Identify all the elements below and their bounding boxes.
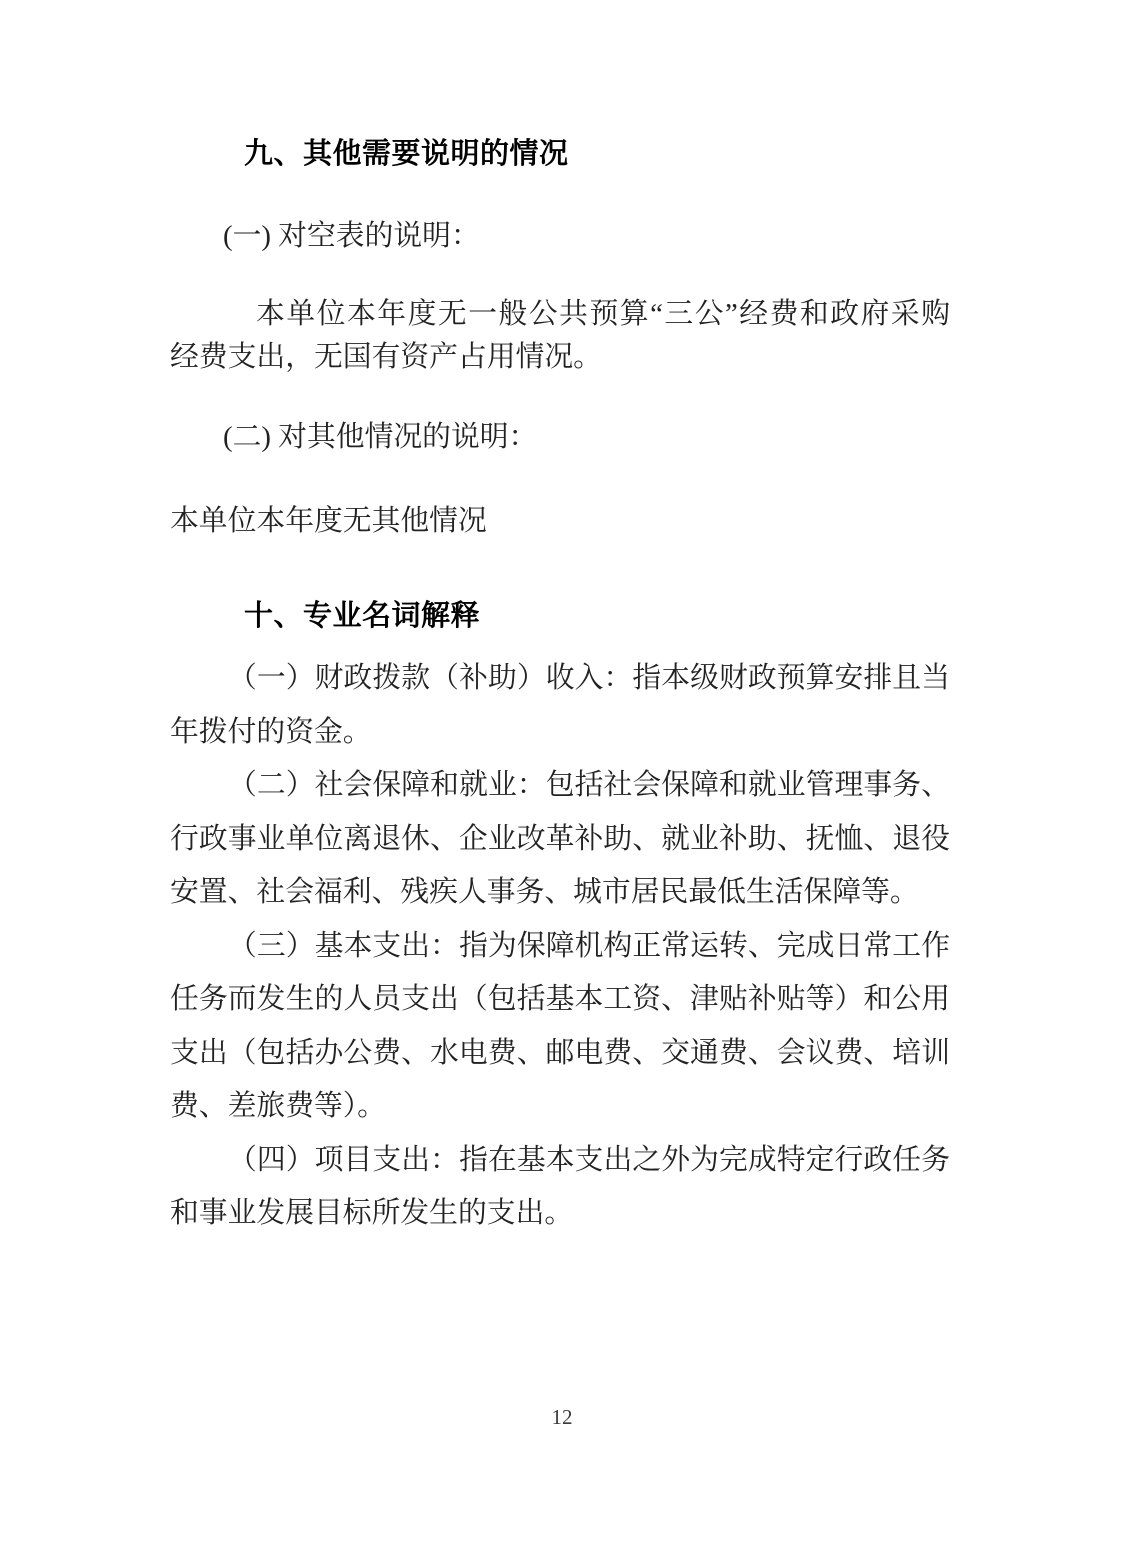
term-line: 支出（包括办公费、水电费、邮电费、交通费、会议费、培训 [170, 1027, 950, 1081]
term-project-expenditure: （四）项目支出：指在基本支出之外为完成特定行政任务 和事业发展目标所发生的支出。 [170, 1134, 950, 1241]
term-line: 年拨付的资金。 [170, 706, 950, 760]
document-page: 九、其他需要说明的情况 (一) 对空表的说明： 本单位本年度无一般公共预算“三公… [0, 0, 1124, 1553]
term-line: 任务而发生的人员支出（包括基本工资、津贴补贴等）和公用 [170, 973, 950, 1027]
term-line: （三）基本支出：指为保障机构正常运转、完成日常工作 [170, 920, 950, 974]
terms-list: （一）财政拨款（补助）收入：指本级财政预算安排且当 年拨付的资金。 （二）社会保… [170, 652, 950, 1241]
paragraph-line: 本单位本年度无一般公共预算“三公”经费和政府采购 [170, 293, 950, 336]
term-line: 和事业发展目标所发生的支出。 [170, 1187, 950, 1241]
section-nine-heading: 九、其他需要说明的情况 [244, 136, 569, 172]
term-basic-expenditure: （三）基本支出：指为保障机构正常运转、完成日常工作 任务而发生的人员支出（包括基… [170, 920, 950, 1134]
page-number: 12 [0, 1404, 1124, 1430]
term-line: （二）社会保障和就业：包括社会保障和就业管理事务、 [170, 759, 950, 813]
term-line: 行政事业单位离退休、企业改革补助、就业补助、抚恤、退役 [170, 813, 950, 867]
subsection-two-label: (二) 对其他情况的说明： [170, 416, 950, 459]
term-line: （一）财政拨款（补助）收入：指本级财政预算安排且当 [170, 652, 950, 706]
term-line: 安置、社会福利、残疾人事务、城市居民最低生活保障等。 [170, 866, 950, 920]
subsection-one-label: (一) 对空表的说明： [170, 215, 950, 258]
term-social-security: （二）社会保障和就业：包括社会保障和就业管理事务、 行政事业单位离退休、企业改革… [170, 759, 950, 920]
other-note-paragraph: 本单位本年度无其他情况 [170, 500, 950, 543]
empty-tables-paragraph: 本单位本年度无一般公共预算“三公”经费和政府采购 经费支出，无国有资产占用情况。 [170, 293, 950, 379]
term-fiscal-appropriation: （一）财政拨款（补助）收入：指本级财政预算安排且当 年拨付的资金。 [170, 652, 950, 759]
term-line: 费、差旅费等）。 [170, 1080, 950, 1134]
term-line: （四）项目支出：指在基本支出之外为完成特定行政任务 [170, 1134, 950, 1188]
section-ten-heading: 十、专业名词解释 [244, 598, 480, 634]
paragraph-line: 经费支出，无国有资产占用情况。 [170, 336, 950, 379]
